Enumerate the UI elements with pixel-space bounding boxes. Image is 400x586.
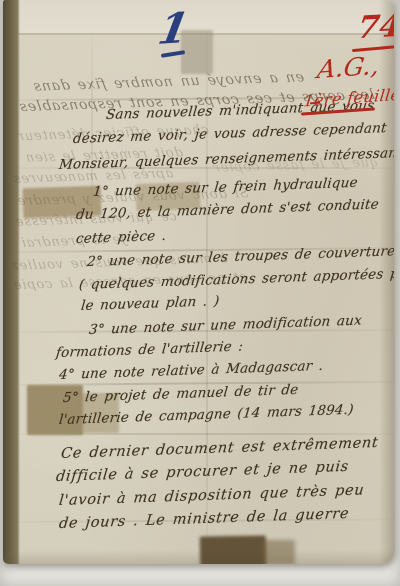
- ink-line: formations de l'artillerie :: [55, 338, 244, 361]
- ink-line: le nouveau plan . ): [80, 293, 220, 314]
- ink-line: 5° le projet de manuel de tir de: [62, 382, 299, 406]
- ink-line: cette pièce .: [75, 228, 167, 247]
- ink-line: 3° une note sur une modification aux: [88, 312, 363, 338]
- ink-line: Ce dernier document est extrêmement: [60, 435, 379, 462]
- ink-line: de jours . Le ministre de la guerre: [58, 506, 350, 532]
- ink-line: difficile à se procurer et je ne puis: [55, 459, 350, 485]
- archive-initials-red: A.G.,: [316, 53, 381, 82]
- manuscript-paper: en a envoyé un nombre fixe dans les corp…: [3, 0, 394, 564]
- ink-line: 2° une note sur les troupes de couvertur…: [86, 243, 394, 270]
- ink-line: désirez me voir, je vous adresse cependa…: [72, 120, 387, 147]
- ink-stain: [261, 540, 295, 564]
- ink-line: l'avoir à ma disposition que très peu: [58, 482, 365, 509]
- folio-number-red: 74: [356, 11, 394, 44]
- paper-bottom-shade: [3, 550, 394, 564]
- manuscript-photo: en a envoyé un nombre fixe dans les corp…: [0, 0, 400, 586]
- ink-line: 4° une note relative à Madagascar .: [58, 358, 324, 383]
- ink-stain: [200, 535, 267, 564]
